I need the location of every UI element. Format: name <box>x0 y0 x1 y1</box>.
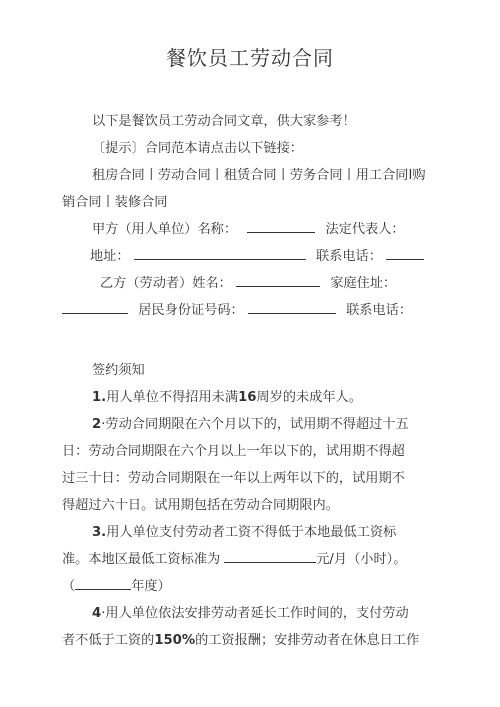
party-a-name-label: 甲方（用人单位）名称： <box>92 222 237 237</box>
item-1: 1.用人单位不得招用未满16周岁的未成年人。 <box>62 384 428 411</box>
party-a-rep-label: 法定代表人： <box>325 222 404 237</box>
min-wage-blank <box>224 548 316 563</box>
address-line: 地址： 联系电话： <box>62 243 428 270</box>
links-line-1[interactable]: 租房合同丨劳动合同丨租赁合同丨劳务合同丨用工合同I购 <box>92 168 426 183</box>
address-blank <box>134 245 306 260</box>
item-4-text-1: ·用人单位依法安排劳动者延长工作时间的，支付劳动 <box>101 606 409 621</box>
item-1-text-b: 周岁的未成年人。 <box>256 390 362 405</box>
contract-links-cont: 销合同丨装修合同 <box>62 189 428 216</box>
party-b-line: 乙方（劳动者）姓名： 家庭住址： <box>62 270 428 297</box>
party-a-name-blank <box>247 218 315 233</box>
document-body: 以下是餐饮员工劳动合同文章，供大家参考！ 〔提示〕合同范本请点击以下链接： 租房… <box>62 108 428 654</box>
item-4-line-2: 者不低于工资的150%的工资报酬；安排劳动者在休息日工作 <box>62 627 428 654</box>
item-3-text-1: 用人单位支付劳动者工资不得低于本地最低工资标 <box>106 525 396 540</box>
item-2-line-1: 2·劳动合同期限在六个月以下的，试用期不得超过十五 <box>62 411 428 438</box>
id-label: 居民身份证号码： <box>138 303 244 318</box>
phone-label-1: 联系电话： <box>316 249 382 264</box>
item-4-text-2b: 的工资报酬；安排劳动者在休息日工作 <box>195 633 419 648</box>
id-line: 居民身份证号码： 联系电话： <box>62 297 428 324</box>
item-3-number: 3. <box>92 525 106 540</box>
address-label: 地址： <box>90 249 130 264</box>
phone-blank-1 <box>386 245 424 260</box>
item-2-text-1: ·劳动合同期限在六个月以下的，试用期不得超过十五 <box>101 417 409 432</box>
item-2-line-3: 过三十日：劳动合同期限在一年以上两年以下的，试用期不 <box>62 465 428 492</box>
document-title: 餐饮员工劳动合同 <box>0 42 500 71</box>
item-2-number: 2 <box>92 417 101 432</box>
item-2-line-4: 得超过六十日。试用期包括在劳动合同期限内。 <box>62 492 428 519</box>
party-b-name-blank <box>236 272 320 287</box>
item-1-text-a: 用人单位不得招用未满 <box>106 390 238 405</box>
overtime-percent: 150% <box>154 633 195 648</box>
item-4-text-2a: 者不低于工资的 <box>62 633 154 648</box>
phone-label-2: 联系电话： <box>346 303 412 318</box>
item-3-text-2a: 准。本地区最低工资标准为 <box>62 552 220 567</box>
item-4-number: 4 <box>92 606 101 621</box>
item-4-line-1: 4·用人单位依法安排劳动者延长工作时间的，支付劳动 <box>62 600 428 627</box>
home-address-label: 家庭住址： <box>330 276 396 291</box>
year-blank <box>75 575 131 590</box>
notice-heading: 签约须知 <box>62 357 428 384</box>
party-b-name-label: 乙方（劳动者）姓名： <box>100 276 232 291</box>
item-1-number: 1. <box>92 390 106 405</box>
item-2-line-2: 日：劳动合同期限在六个月以上一年以下的，试用期不得超 <box>62 438 428 465</box>
item-3-line-2: 准。本地区最低工资标准为元/月（小时）。 <box>62 546 428 573</box>
item-3-text-2b: 元/月（小时）。 <box>316 552 406 567</box>
party-a-line: 甲方（用人单位）名称： 法定代表人： <box>62 216 428 243</box>
item-3-text-3b: 年度） <box>131 579 171 594</box>
links-line-2[interactable]: 销合同丨装修合同 <box>62 195 168 210</box>
home-address-blank <box>62 299 128 314</box>
intro-text: 以下是餐饮员工劳动合同文章，供大家参考！ <box>62 108 428 135</box>
item-3-line-1: 3.用人单位支付劳动者工资不得低于本地最低工资标 <box>62 519 428 546</box>
id-blank <box>248 299 336 314</box>
contract-links: 租房合同丨劳动合同丨租赁合同丨劳务合同丨用工合同I购 <box>62 162 428 189</box>
item-3-text-3a: （ <box>62 579 75 594</box>
hint-text: 〔提示〕合同范本请点击以下链接： <box>62 135 428 162</box>
item-3-line-3: （年度） <box>62 573 428 600</box>
item-1-age: 16 <box>238 390 256 405</box>
